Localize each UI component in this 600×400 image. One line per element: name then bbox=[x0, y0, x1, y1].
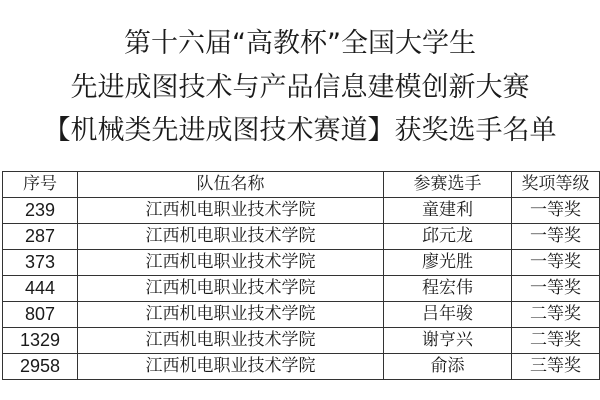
table-row: 373 江西机电职业技术学院 廖光胜 一等奖 bbox=[3, 250, 600, 276]
cell-team: 江西机电职业技术学院 bbox=[78, 224, 384, 250]
cell-team: 江西机电职业技术学院 bbox=[78, 198, 384, 224]
table-row: 287 江西机电职业技术学院 邱元龙 一等奖 bbox=[3, 224, 600, 250]
cell-player: 俞添 bbox=[384, 354, 512, 380]
header-id: 序号 bbox=[3, 172, 78, 198]
table-row: 444 江西机电职业技术学院 程宏伟 一等奖 bbox=[3, 276, 600, 302]
cell-id: 373 bbox=[3, 250, 78, 276]
cell-player: 邱元龙 bbox=[384, 224, 512, 250]
title-line-2: 先进成图技术与产品信息建模创新大赛 bbox=[0, 70, 600, 106]
header-team: 队伍名称 bbox=[78, 172, 384, 198]
cell-team: 江西机电职业技术学院 bbox=[78, 276, 384, 302]
cell-player: 谢亨兴 bbox=[384, 328, 512, 354]
table-row: 2958 江西机电职业技术学院 俞添 三等奖 bbox=[3, 354, 600, 380]
cell-player: 程宏伟 bbox=[384, 276, 512, 302]
award-table: 序号 队伍名称 参赛选手 奖项等级 239 江西机电职业技术学院 童建利 一等奖… bbox=[2, 171, 600, 380]
cell-id: 287 bbox=[3, 224, 78, 250]
cell-player: 童建利 bbox=[384, 198, 512, 224]
header-award: 奖项等级 bbox=[512, 172, 600, 198]
title-line-1: 第十六届“高教杯”全国大学生 bbox=[0, 26, 600, 62]
cell-team: 江西机电职业技术学院 bbox=[78, 354, 384, 380]
table-row: 239 江西机电职业技术学院 童建利 一等奖 bbox=[3, 198, 600, 224]
cell-team: 江西机电职业技术学院 bbox=[78, 302, 384, 328]
cell-id: 444 bbox=[3, 276, 78, 302]
cell-award: 二等奖 bbox=[512, 302, 600, 328]
table-row: 1329 江西机电职业技术学院 谢亨兴 二等奖 bbox=[3, 328, 600, 354]
table-header-row: 序号 队伍名称 参赛选手 奖项等级 bbox=[3, 172, 600, 198]
cell-player: 廖光胜 bbox=[384, 250, 512, 276]
header-player: 参赛选手 bbox=[384, 172, 512, 198]
cell-award: 一等奖 bbox=[512, 276, 600, 302]
cell-award: 二等奖 bbox=[512, 328, 600, 354]
cell-team: 江西机电职业技术学院 bbox=[78, 250, 384, 276]
cell-award: 一等奖 bbox=[512, 198, 600, 224]
table-row: 807 江西机电职业技术学院 吕年骏 二等奖 bbox=[3, 302, 600, 328]
cell-award: 一等奖 bbox=[512, 250, 600, 276]
cell-award: 三等奖 bbox=[512, 354, 600, 380]
cell-id: 239 bbox=[3, 198, 78, 224]
cell-id: 2958 bbox=[3, 354, 78, 380]
cell-id: 807 bbox=[3, 302, 78, 328]
title-line-3: 【机械类先进成图技术赛道】获奖选手名单 bbox=[0, 113, 600, 149]
cell-award: 一等奖 bbox=[512, 224, 600, 250]
cell-team: 江西机电职业技术学院 bbox=[78, 328, 384, 354]
cell-id: 1329 bbox=[3, 328, 78, 354]
cell-player: 吕年骏 bbox=[384, 302, 512, 328]
